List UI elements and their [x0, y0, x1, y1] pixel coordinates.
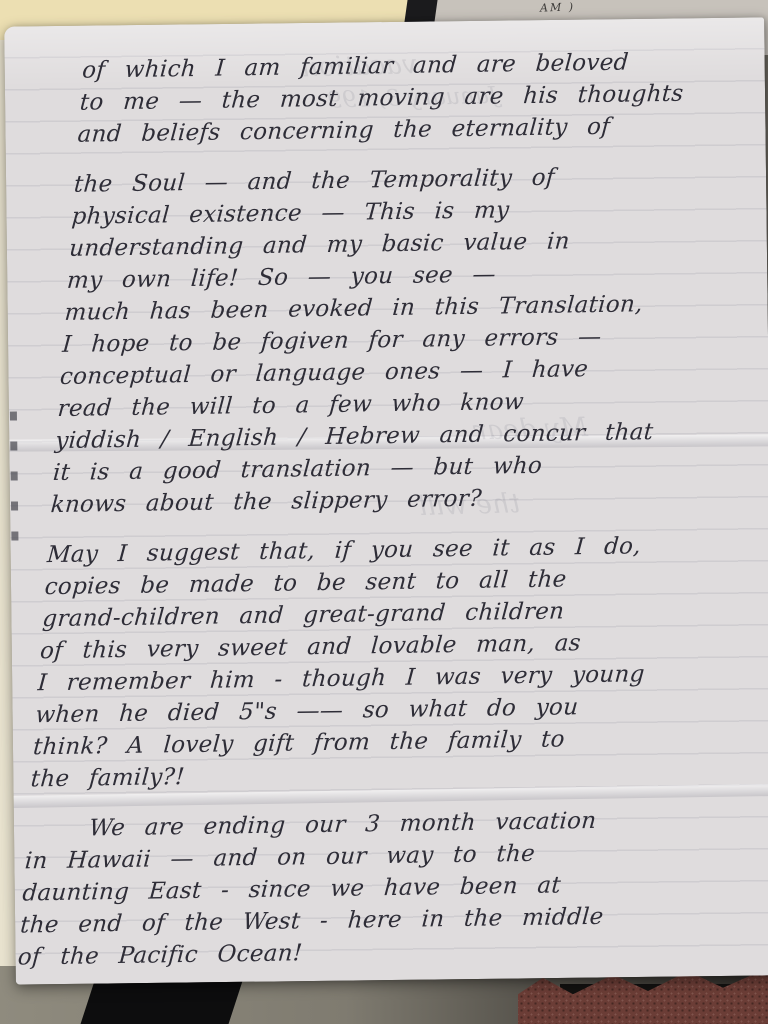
edge-ink-marks	[10, 412, 19, 542]
letter-paragraph: of which I am familiar and are beloved t…	[76, 44, 768, 151]
letter-paragraph: May I suggest that, if you see it as I d…	[30, 529, 753, 796]
letter-paragraph: We are ending our 3 month vacation in Ha…	[17, 803, 733, 974]
dark-object	[404, 0, 437, 22]
letter-paragraph: the Soul — and the Temporality of physic…	[50, 158, 768, 521]
letter-page: vacation January 3, 199 My dear the will…	[4, 17, 768, 984]
chair-leg	[81, 978, 244, 1024]
letter-body: of which I am familiar and are beloved t…	[17, 44, 768, 973]
photo-scene: AM ) vacation January 3, 199 My dear the…	[0, 0, 768, 1024]
background-sheet-mark: AM )	[540, 0, 575, 14]
